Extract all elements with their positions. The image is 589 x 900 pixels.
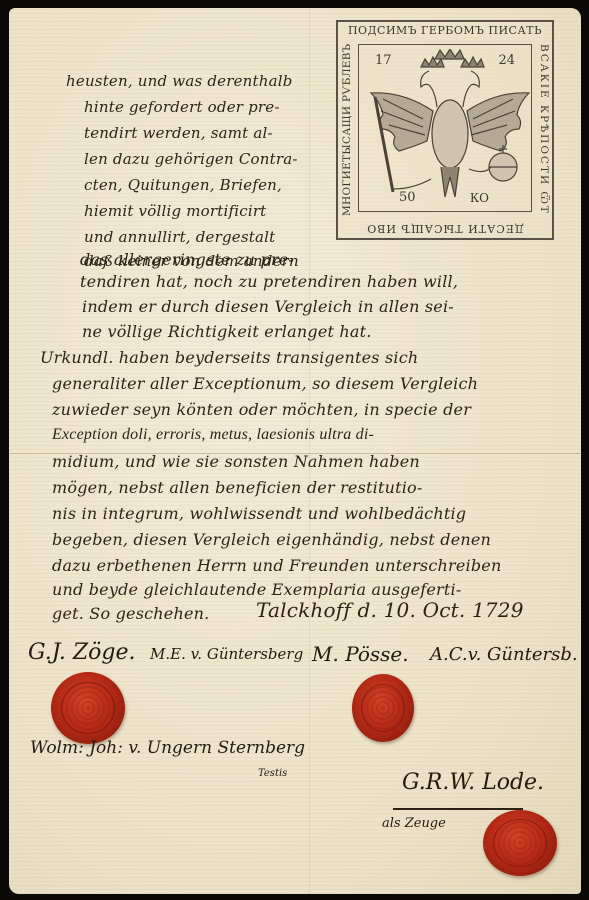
text-line: das allergeringste zu pre- — [80, 250, 294, 269]
wax-seal-center — [352, 674, 414, 742]
text-line: cten, Quitungen, Briefen, — [84, 176, 282, 194]
text-line: get. So geschehen. — [52, 604, 209, 623]
revenue-stamp: ПОДСИМЪ ГЕРБОМЪ ПИСАТЬ ВСАКІЕ КРѢПОСТИ Ѿ… — [336, 20, 554, 240]
stamp-value-left: 50 — [399, 190, 416, 205]
text-line: tendiren hat, noch zu pretendiren haben … — [80, 272, 458, 291]
text-line: indem er durch diesen Vergleich in allen… — [82, 297, 454, 316]
text-line: und annullirt, dergestalt — [84, 228, 275, 246]
text-line: Exception doli, erroris, metus, laesioni… — [52, 426, 374, 444]
fold-line-vertical — [309, 8, 310, 894]
stamp-value-right: КО — [470, 191, 489, 205]
text-line: hiemit völlig mortificirt — [84, 202, 266, 220]
text-line: midium, und wie sie sonsten Nahmen haben — [52, 452, 420, 471]
stamp-frame: 17 24 — [358, 44, 532, 212]
witness-note: Testis — [258, 768, 287, 779]
signature-underline — [393, 808, 523, 810]
signature-ungern-sternberg: Wolm: Joh: v. Ungern Sternberg — [30, 738, 305, 758]
signature-lode: G.R.W. Lode. — [402, 770, 544, 795]
text-line: Urkundl. haben beyderseits transigentes … — [40, 348, 418, 367]
text-line: generaliter aller Exceptionum, so diesem… — [52, 374, 478, 393]
stamp-top-text: ПОДСИМЪ ГЕРБОМЪ ПИСАТЬ — [338, 24, 552, 37]
text-line: ne völlige Richtigkeit erlanget hat. — [82, 322, 372, 341]
stamp-left-text: МНОГИЕТЫСАЩИ РѴБЛЕВЪ — [341, 42, 355, 217]
place-date: Talckhoff d. 10. Oct. 1729 — [256, 598, 524, 622]
signature-zoege: G.J. Zöge. — [28, 640, 136, 665]
wax-seal-bottom-right — [483, 810, 557, 876]
signature-guentersberg-2: A.C.v. Güntersb. — [430, 644, 578, 665]
stamp-bottom-text: ДЕСАТИ ТЫСАЩЪ ИВО — [338, 222, 552, 235]
wax-seal-left — [51, 672, 125, 744]
text-line: mögen, nebst allen beneficien der restit… — [52, 478, 422, 497]
signature-poesse: M. Pösse. — [312, 642, 409, 666]
double-headed-eagle-icon — [363, 49, 533, 214]
text-line: zuwieder seyn könten oder möchten, in sp… — [52, 400, 471, 419]
text-line: heusten, und was derenthalb — [66, 72, 293, 90]
text-line: hinte gefordert oder pre- — [84, 98, 280, 116]
text-line: nis in integrum, wohlwissendt und wohlbe… — [52, 504, 466, 523]
text-line: dazu erbethenen Herrn und Freunden unter… — [52, 556, 501, 575]
signature-guentersberg-1: M.E. v. Güntersberg — [150, 645, 303, 663]
text-line: len dazu gehörigen Contra- — [84, 150, 298, 168]
signature-lode-note: als Zeuge — [382, 816, 446, 831]
text-line: tendirt werden, samt al- — [84, 124, 273, 142]
text-line: begeben, diesen Vergleich eigenhändig, n… — [52, 530, 491, 549]
stamp-right-text: ВСАКІЕ КРѢПОСТИ ѾТ — [536, 42, 550, 217]
text-line: und beyde gleichlautende Exemplaria ausg… — [52, 580, 461, 599]
